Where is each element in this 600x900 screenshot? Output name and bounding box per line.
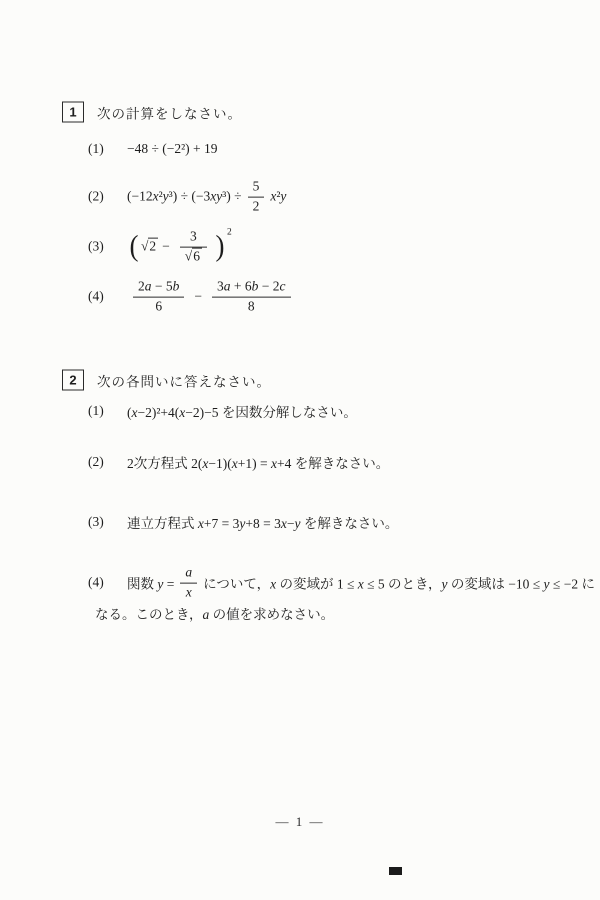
right-parenthesis: ) bbox=[215, 232, 224, 262]
q1-item-1: (1) −48 ÷ (−2²) + 19 bbox=[88, 141, 218, 157]
item-number: (2) bbox=[88, 454, 114, 470]
fraction: a x bbox=[180, 565, 197, 602]
question-2-header: 2 次の各問いに答えなさい。 bbox=[62, 370, 271, 391]
expression: −48 ÷ (−2²) + 19 bbox=[127, 141, 218, 157]
question-1-title: 次の計算をしなさい。 bbox=[97, 102, 242, 122]
q2-item-4: (4) 関数 y = a x について，x の変域が 1 ≤ x ≤ 5 のとき… bbox=[88, 565, 595, 602]
q1-item-3: (3) ( √2 − 3 √6 ) 2 bbox=[88, 229, 232, 266]
fraction-numerator: 3a + 6b − 2c bbox=[212, 279, 291, 298]
fraction-numerator: 2a − 5b bbox=[133, 279, 184, 298]
fraction-denominator: x bbox=[180, 584, 197, 602]
question-text-prefix: 関数 y = bbox=[127, 573, 174, 593]
item-number: (4) bbox=[88, 575, 114, 591]
expression-prefix: (−12x²y³) ÷ (−3xy³) ÷ bbox=[127, 189, 242, 205]
page-number: — 1 — bbox=[0, 814, 600, 830]
fraction-denominator: 2 bbox=[248, 198, 265, 216]
question-2-title: 次の各問いに答えなさい。 bbox=[97, 370, 271, 390]
fraction: 3 √6 bbox=[180, 229, 207, 266]
item-number: (3) bbox=[88, 239, 114, 255]
question-2-number-box: 2 bbox=[62, 370, 84, 391]
q1-item-2: (2) (−12x²y³) ÷ (−3xy³) ÷ 5 2 x²y bbox=[88, 179, 286, 216]
minus-sign: − bbox=[162, 239, 170, 255]
q2-item-3: (3) 連立方程式 x+7 = 3y+8 = 3x−y を解きなさい。 bbox=[88, 512, 398, 532]
question-1-header: 1 次の計算をしなさい。 bbox=[62, 102, 242, 123]
item-number: (1) bbox=[88, 403, 114, 419]
item-number: (3) bbox=[88, 514, 114, 530]
fraction: 3a + 6b − 2c 8 bbox=[212, 279, 291, 316]
q2-item-1: (1) (x−2)²+4(x−2)−5 を因数分解しなさい。 bbox=[88, 401, 357, 421]
item-number: (4) bbox=[88, 289, 114, 305]
minus-sign: − bbox=[194, 289, 202, 305]
left-parenthesis: ( bbox=[130, 232, 139, 262]
fraction-denominator: 6 bbox=[133, 298, 184, 316]
registration-mark bbox=[389, 867, 402, 875]
question-text-suffix: について，x の変域が 1 ≤ x ≤ 5 のとき，y の変域は −10 ≤ y… bbox=[203, 573, 595, 593]
exponent: 2 bbox=[227, 228, 232, 238]
question-1-number-box: 1 bbox=[62, 102, 84, 123]
expression-suffix: x²y bbox=[270, 189, 286, 205]
item-number: (1) bbox=[88, 141, 114, 157]
fraction: 2a − 5b 6 bbox=[133, 279, 184, 316]
question-text: 連立方程式 x+7 = 3y+8 = 3x−y を解きなさい。 bbox=[127, 512, 398, 532]
sqrt-2: √2 bbox=[141, 239, 158, 255]
q2-item-4-line2: なる。このとき，a の値を求めなさい。 bbox=[95, 603, 334, 623]
item-number: (2) bbox=[88, 189, 114, 205]
q2-item-2: (2) 2次方程式 2(x−1)(x+1) = x+4 を解きなさい。 bbox=[88, 452, 389, 472]
fraction-denominator: √6 bbox=[180, 248, 207, 266]
fraction-numerator: 3 bbox=[180, 229, 207, 248]
radicand: 6 bbox=[192, 248, 202, 264]
exam-page: 1 次の計算をしなさい。 (1) −48 ÷ (−2²) + 19 (2) (−… bbox=[0, 0, 600, 900]
question-text: 2次方程式 2(x−1)(x+1) = x+4 を解きなさい。 bbox=[127, 452, 389, 472]
fraction-numerator: 5 bbox=[248, 179, 265, 198]
fraction-denominator: 8 bbox=[212, 298, 291, 316]
q1-item-4: (4) 2a − 5b 6 − 3a + 6b − 2c 8 bbox=[88, 279, 297, 316]
sqrt-6: √6 bbox=[185, 248, 202, 264]
fraction-numerator: a bbox=[180, 565, 197, 584]
fraction: 5 2 bbox=[248, 179, 265, 216]
question-text: (x−2)²+4(x−2)−5 を因数分解しなさい。 bbox=[127, 401, 357, 421]
radicand: 2 bbox=[148, 238, 158, 254]
